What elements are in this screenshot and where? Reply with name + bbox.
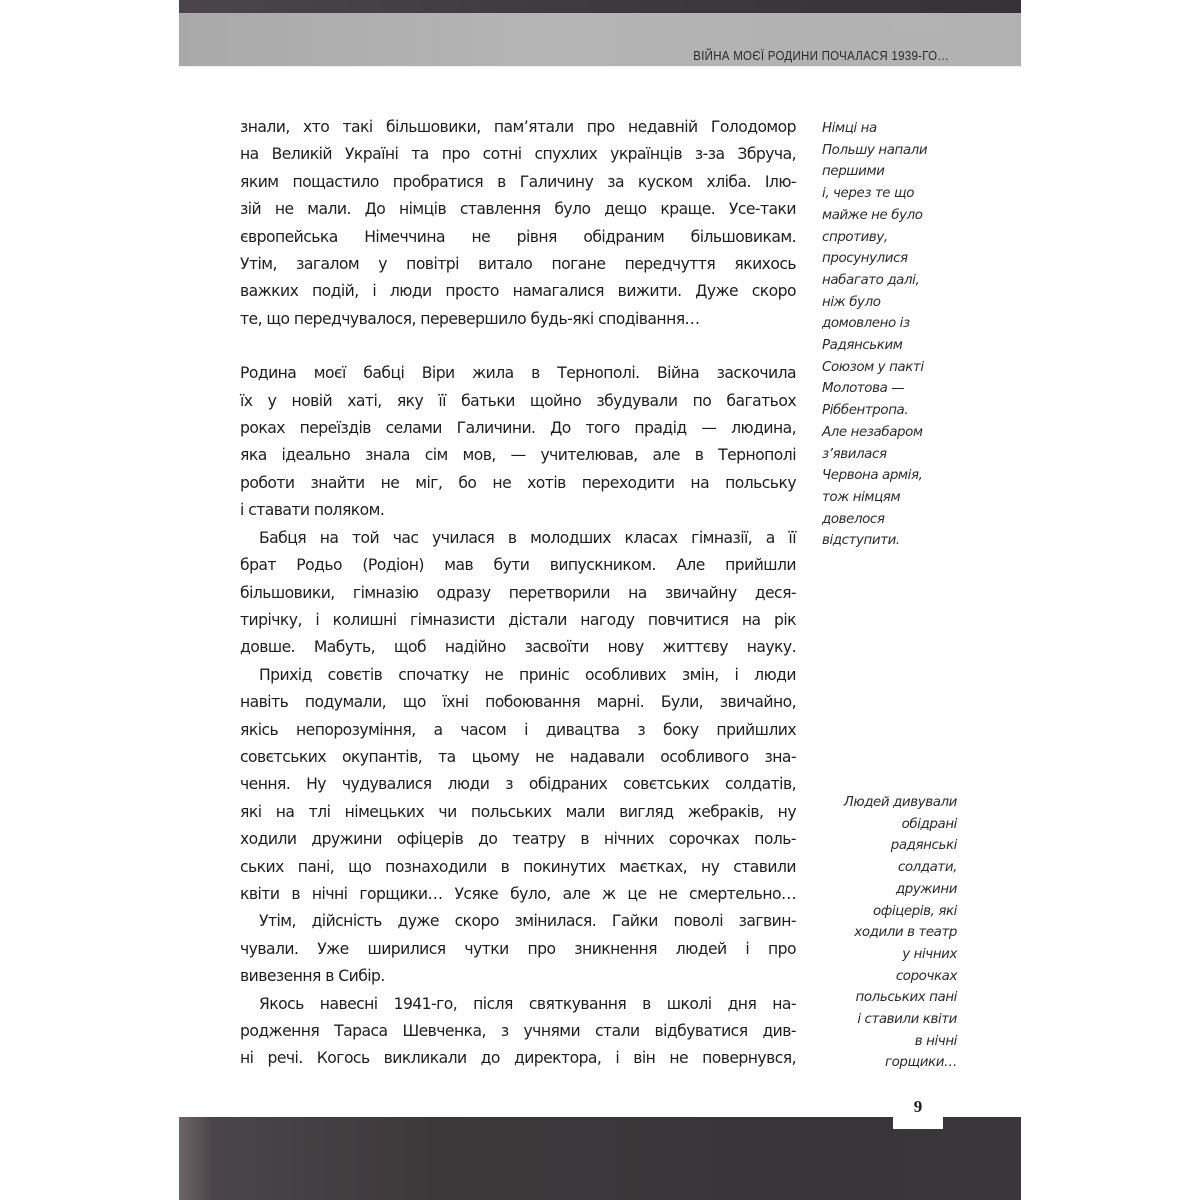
page-number: 9 xyxy=(893,1097,943,1117)
note-line: дружини xyxy=(822,879,957,901)
note-line: з’явилася xyxy=(822,444,957,466)
paragraph: Утім, дійсність дуже скоро змінилася. Га… xyxy=(240,908,796,990)
text-line: довше. Мабуть, щоб надійно засвоїти нову… xyxy=(240,634,796,661)
margin-note-germans-poland: Німці на Польшу напали першими і, через … xyxy=(822,118,957,552)
text-line: Якось навесні 1941-го, після святкування… xyxy=(240,991,796,1018)
header-band: ВІЙНА МОЄЇ РОДИНИ ПОЧАЛАСЯ 1939-ГО… xyxy=(179,13,1021,66)
note-line: Але незабаром xyxy=(822,422,957,444)
text-line: родження Тараса Шевченка, з учнями стали… xyxy=(240,1018,796,1045)
note-line: ніж було xyxy=(822,292,957,314)
text-line: чували. Уже ширилися чутки про зникнення… xyxy=(240,936,796,963)
note-line: польських пані xyxy=(822,987,957,1009)
note-line: Радянським xyxy=(822,335,957,357)
text-line: важких подій, і люди просто намагалися в… xyxy=(240,278,796,305)
note-line: обідрані xyxy=(822,814,957,836)
note-line: Молотова — xyxy=(822,378,957,400)
note-line: спротиву, xyxy=(822,227,957,249)
paragraph: Бабця на той час училася в молодших клас… xyxy=(240,525,796,662)
text-line: на Великій Україні та про сотні спухлих … xyxy=(240,141,796,168)
paragraph: Якось навесні 1941-го, після святкування… xyxy=(240,991,796,1073)
text-line: якісь непорозуміння, а часом і дивацтва … xyxy=(240,717,796,744)
main-text-column: знали, хто такі більшовики, пам’ятали пр… xyxy=(240,114,796,1073)
text-line: брат Родьо (Родіон) мав бути випускником… xyxy=(240,552,796,579)
text-line: ні речі. Когось викликали до директора, … xyxy=(240,1045,796,1072)
text-line: яка ідеально знала сім мов, — учителював… xyxy=(240,442,796,469)
text-line: роботи знайти не міг, бо не хотів перехо… xyxy=(240,470,796,497)
note-line: Польшу напали xyxy=(822,140,957,162)
text-line: ходили дружини офіцерів до театру в нічн… xyxy=(240,826,796,853)
text-line: чення. Ну чудувалися люди з обідраних со… xyxy=(240,771,796,798)
note-line: відступити. xyxy=(822,530,957,552)
text-line: Утім, загалом у повітрі витало погане пе… xyxy=(240,251,796,278)
note-line: ходили в театр xyxy=(822,922,957,944)
top-dark-strip xyxy=(179,0,1021,13)
text-line: і ставати поляком. xyxy=(240,497,796,524)
text-line: яким пощастило пробратися в Галичину за … xyxy=(240,169,796,196)
text-line: тирічку, і колишні гімназисти дістали на… xyxy=(240,607,796,634)
note-line: у нічних xyxy=(822,944,957,966)
text-line: Прихід совєтів спочатку не приніс особли… xyxy=(240,662,796,689)
running-head: ВІЙНА МОЄЇ РОДИНИ ПОЧАЛАСЯ 1939-ГО… xyxy=(693,49,949,63)
note-line: солдати, xyxy=(822,857,957,879)
paragraph: знали, хто такі більшовики, пам’ятали пр… xyxy=(240,114,796,333)
text-line: Родина моєї бабці Віри жила в Тернополі.… xyxy=(240,360,796,387)
note-line: Ріббентропа. xyxy=(822,400,957,422)
note-line: в нічні xyxy=(822,1031,957,1053)
text-line: Утім, дійсність дуже скоро змінилася. Га… xyxy=(240,908,796,935)
text-line: зій не мали. До німців ставлення було де… xyxy=(240,196,796,223)
note-line: домовлено із xyxy=(822,313,957,335)
text-line: роках переїздів селами Галичини. До того… xyxy=(240,415,796,442)
text-line: ських пані, що познаходили в покинутих м… xyxy=(240,854,796,881)
text-line: квіти в нічні горщики… Усяке було, але ж… xyxy=(240,881,796,908)
text-line: вивезення в Сибір. xyxy=(240,963,796,990)
text-line: які на тлі німецьких чи польських мали в… xyxy=(240,799,796,826)
note-line: довелося xyxy=(822,509,957,531)
note-line: майже не було xyxy=(822,205,957,227)
header-tab xyxy=(893,15,943,29)
text-line: Бабця на той час училася в молодших клас… xyxy=(240,525,796,552)
paragraph: Прихід совєтів спочатку не приніс особли… xyxy=(240,662,796,909)
note-line: і, через те що xyxy=(822,183,957,205)
note-line: набагато далі, xyxy=(822,270,957,292)
margin-note-soldiers: Людей дивували обідрані радянські солдат… xyxy=(822,792,957,1074)
text-line: їх у новій хаті, яку її батьки щойно збу… xyxy=(240,388,796,415)
note-line: і ставили квіти xyxy=(822,1009,957,1031)
note-line: сорочках xyxy=(822,966,957,988)
book-page: ВІЙНА МОЄЇ РОДИНИ ПОЧАЛАСЯ 1939-ГО… знал… xyxy=(179,0,1021,1200)
note-line: Союзом у пакті xyxy=(822,357,957,379)
footer-dark-band xyxy=(179,1117,1021,1200)
note-line: офіцерів, які xyxy=(822,901,957,923)
note-line: тож німцям xyxy=(822,487,957,509)
note-line: горщики… xyxy=(822,1052,957,1074)
footer-tab-notch xyxy=(893,1117,943,1129)
text-line: навіть подумали, що їхні побоювання марн… xyxy=(240,689,796,716)
note-line: Людей дивували xyxy=(822,792,957,814)
text-line: те, що передчувалося, перевершило будь-я… xyxy=(240,306,796,333)
text-line: совєтських окупантів, та цьому не надава… xyxy=(240,744,796,771)
note-line: Червона армія, xyxy=(822,465,957,487)
text-line: знали, хто такі більшовики, пам’ятали пр… xyxy=(240,114,796,141)
paragraph: Родина моєї бабці Віри жила в Тернополі.… xyxy=(240,360,796,524)
note-line: першими xyxy=(822,161,957,183)
note-line: Німці на xyxy=(822,118,957,140)
note-line: просунулися xyxy=(822,248,957,270)
note-line: радянські xyxy=(822,835,957,857)
text-line: більшовики, гімназію одразу перетворили … xyxy=(240,580,796,607)
text-line: європейська Німеччина не рівня обідраним… xyxy=(240,224,796,251)
